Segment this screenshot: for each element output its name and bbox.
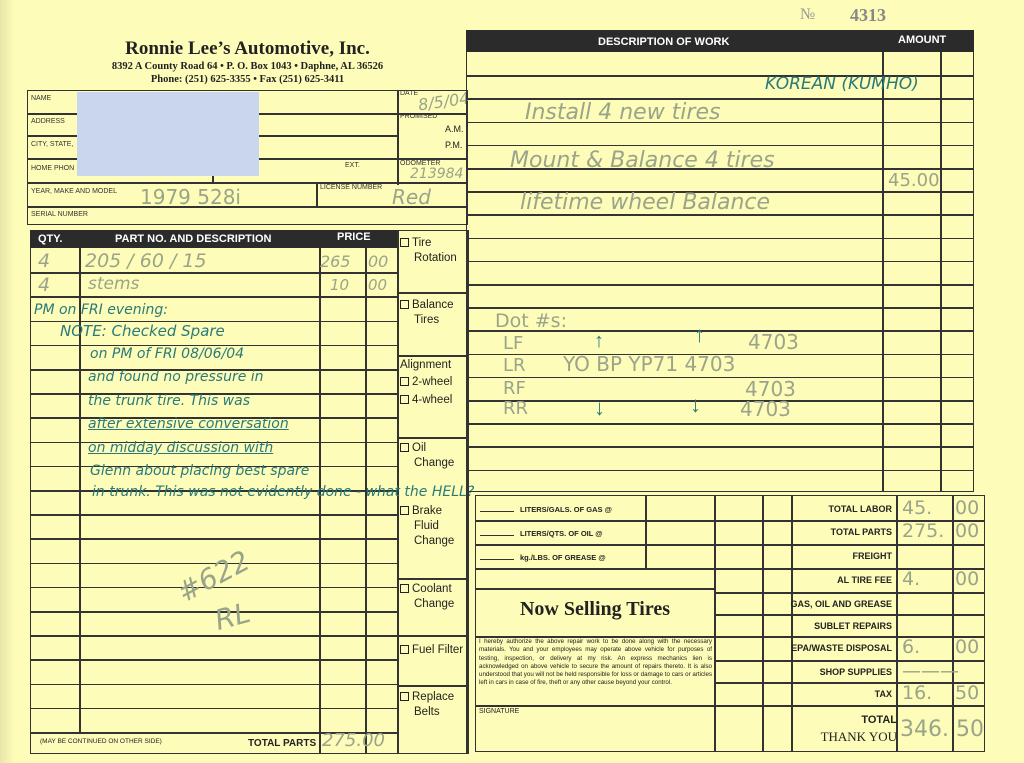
note-line-8: Glenn about placing best spare [90, 463, 309, 479]
checkbox-icon[interactable] [400, 692, 409, 701]
totals-row-dollars: 6. [902, 636, 920, 658]
service-brake-fluid[interactable]: BrakeFluidChange [400, 504, 454, 549]
grand-total-dollars: 346. [900, 717, 949, 742]
year-make-model-label: YEAR, MAKE AND MODEL [31, 188, 117, 195]
checkbox-icon[interactable] [400, 443, 409, 452]
labor-amount: 45.00 [888, 170, 940, 191]
address-label: ADDRESS [31, 118, 65, 125]
company-name: Ronnie Lee’s Automotive, Inc. [80, 38, 415, 60]
work-line-install: Install 4 new tires [525, 100, 720, 125]
signature-field[interactable] [477, 718, 713, 750]
pm-label: P.M. [445, 140, 462, 150]
home-phone-label: HOME PHON [31, 165, 74, 172]
work-line-brand: KOREAN (KUMHO) [765, 74, 919, 94]
totals-row-label: EPA/WASTE DISPOSAL [787, 643, 892, 653]
arrow-down-icon: ↓ [594, 395, 605, 421]
checkbox-icon[interactable] [400, 377, 409, 386]
ext-label: EXT. [345, 162, 360, 169]
thank-you: THANK YOU [795, 729, 897, 745]
totals-row-label: SHOP SUPPLIES [787, 667, 892, 677]
redaction-patch [77, 92, 259, 176]
part-row-2-qty: 4 [38, 274, 50, 296]
part-row-2-cents: 00 [368, 276, 387, 294]
totals-row-dollars: 45. [902, 497, 932, 519]
totals-row-cents: 50 [955, 682, 979, 704]
company-address: 8392 A County Road 64 • P. O. Box 1043 •… [80, 61, 415, 72]
desc-header: PART NO. AND DESCRIPTION [115, 233, 271, 245]
service-alignment: Alignment [400, 358, 451, 373]
note-line-2: NOTE: Checked Spare [60, 322, 225, 340]
dot-row-lf-pos: LF [503, 333, 523, 354]
service-alignment-2wheel[interactable]: 2-wheel [400, 375, 452, 390]
note-line-9: in trunk. This was not evidently done - … [92, 484, 474, 500]
totals-row-label: TOTAL PARTS [787, 527, 892, 537]
service-tire-rotation[interactable]: TireRotation [400, 236, 457, 266]
part-row-1-price: 265 [320, 252, 351, 271]
work-line-mount: Mount & Balance 4 tires [510, 148, 775, 173]
dot-row-lr-code: YO BP YP71 4703 [563, 352, 735, 376]
price-header: PRICE [337, 231, 371, 243]
totals-row-label: TAX [787, 689, 892, 699]
promo-text: Now Selling Tires [475, 598, 715, 621]
checkbox-icon[interactable] [400, 645, 409, 654]
totals-row-label: SUBLET REPAIRS [787, 621, 892, 631]
totals-row-cents: 00 [955, 636, 979, 658]
note-line-3: on PM of FRI 08/06/04 [90, 346, 244, 362]
checkbox-icon[interactable] [400, 584, 409, 593]
totals-row-cents: 00 [955, 497, 979, 519]
work-header: DESCRIPTION OF WORK AMOUNT [466, 30, 974, 52]
part-row-1-qty: 4 [38, 250, 50, 272]
amount-header: AMOUNT [898, 34, 946, 46]
part-row-2-desc: stems [88, 274, 139, 294]
totals-row-dollars: 16. [902, 682, 932, 704]
license-label: LICENSE NUMBER [320, 184, 382, 191]
authorization-text: I hereby authorize the above repair work… [479, 638, 712, 688]
odometer-value: 213984 [410, 166, 463, 182]
service-alignment-4wheel[interactable]: 4-wheel [400, 393, 452, 408]
arrow-up-icon: ↑ [594, 330, 604, 353]
checkbox-icon[interactable] [400, 300, 409, 309]
note-line-4: and found no pressure in [88, 369, 264, 385]
totals-row-label: AL TIRE FEE [787, 575, 892, 585]
am-label: A.M. [445, 124, 464, 134]
parts-header: QTY. PART NO. AND DESCRIPTION PRICE [30, 230, 397, 248]
dot-row-rr-code: 4703 [740, 397, 791, 421]
checkbox-icon[interactable] [400, 395, 409, 404]
totals-row-dollars: ——— [902, 660, 959, 682]
service-replace-belts[interactable]: ReplaceBelts [400, 690, 454, 720]
dot-row-rf-pos: RF [503, 378, 526, 399]
checkbox-icon[interactable] [400, 238, 409, 247]
note-line-1: PM on FRI evening: [34, 302, 168, 318]
repair-order-form: Ronnie Lee’s Automotive, Inc. 8392 A Cou… [0, 0, 1024, 763]
totals-row-label: TOTAL LABOR [787, 504, 892, 514]
work-line-lifetime: lifetime wheel Balance [520, 190, 770, 215]
note-line-7: on midday discussion with [88, 440, 273, 456]
totals-row-label: FREIGHT [787, 551, 892, 561]
continued-note: (MAY BE CONTINUED ON OTHER SIDE) [40, 738, 162, 745]
totals-row-dollars: 4. [902, 568, 920, 590]
arrow-up-icon: ↑ [694, 322, 705, 348]
note-line-6: after extensive conversation [88, 416, 289, 432]
total-parts-label: TOTAL PARTS [248, 738, 316, 749]
arrow-down-icon: ↓ [690, 392, 701, 418]
license-value: Red [392, 185, 431, 209]
totals-row-label: GAS, OIL AND GREASE [787, 599, 892, 609]
signature-label: SIGNATURE [479, 708, 519, 715]
desc-of-work-header: DESCRIPTION OF WORK [598, 36, 729, 48]
part-row-1-cents: 00 [368, 252, 388, 271]
dot-row-lr-pos: LR [503, 355, 526, 376]
total-parts-value: 275.00 [322, 730, 385, 751]
totals-row-cents: 00 [955, 520, 979, 542]
dot-row-lf-code: 4703 [748, 330, 799, 354]
city-label: CITY, STATE, [31, 141, 73, 148]
service-fuel-filter[interactable]: Fuel Filter [400, 643, 463, 658]
fluid-gas: LITERS/GALS. OF GAS @ [480, 505, 612, 514]
company-phone: Phone: (251) 625-3355 • Fax (251) 625-34… [80, 74, 415, 85]
dot-title: Dot #s: [495, 310, 567, 332]
qty-header: QTY. [38, 233, 62, 245]
fluid-grease: kg./LBS. OF GREASE @ [480, 553, 606, 562]
totals-row-cents: 00 [955, 568, 979, 590]
dot-row-rr-pos: RR [503, 398, 528, 419]
name-label: NAME [31, 95, 51, 102]
date-label: DATE [400, 90, 418, 97]
order-number-label: № [800, 6, 815, 24]
vehicle-value: 1979 528i [140, 185, 241, 209]
serial-label: SERIAL NUMBER [31, 211, 88, 218]
service-oil-change[interactable]: OilChange [400, 441, 454, 471]
note-line-5: the trunk tire. This was [88, 393, 250, 409]
part-row-2-price: 10 [330, 276, 349, 294]
part-row-1-desc: 205 / 60 / 15 [85, 250, 207, 272]
service-coolant-change[interactable]: CoolantChange [400, 582, 454, 612]
grand-total-label: TOTAL [795, 714, 897, 726]
checkbox-icon[interactable] [400, 506, 409, 515]
grand-total-cents: 50 [956, 717, 984, 742]
service-balance-tires[interactable]: BalanceTires [400, 298, 454, 328]
totals-row-dollars: 275. [902, 520, 944, 542]
fluid-oil: LITERS/QTS. OF OIL @ [480, 529, 603, 538]
order-number: 4313 [850, 5, 886, 26]
